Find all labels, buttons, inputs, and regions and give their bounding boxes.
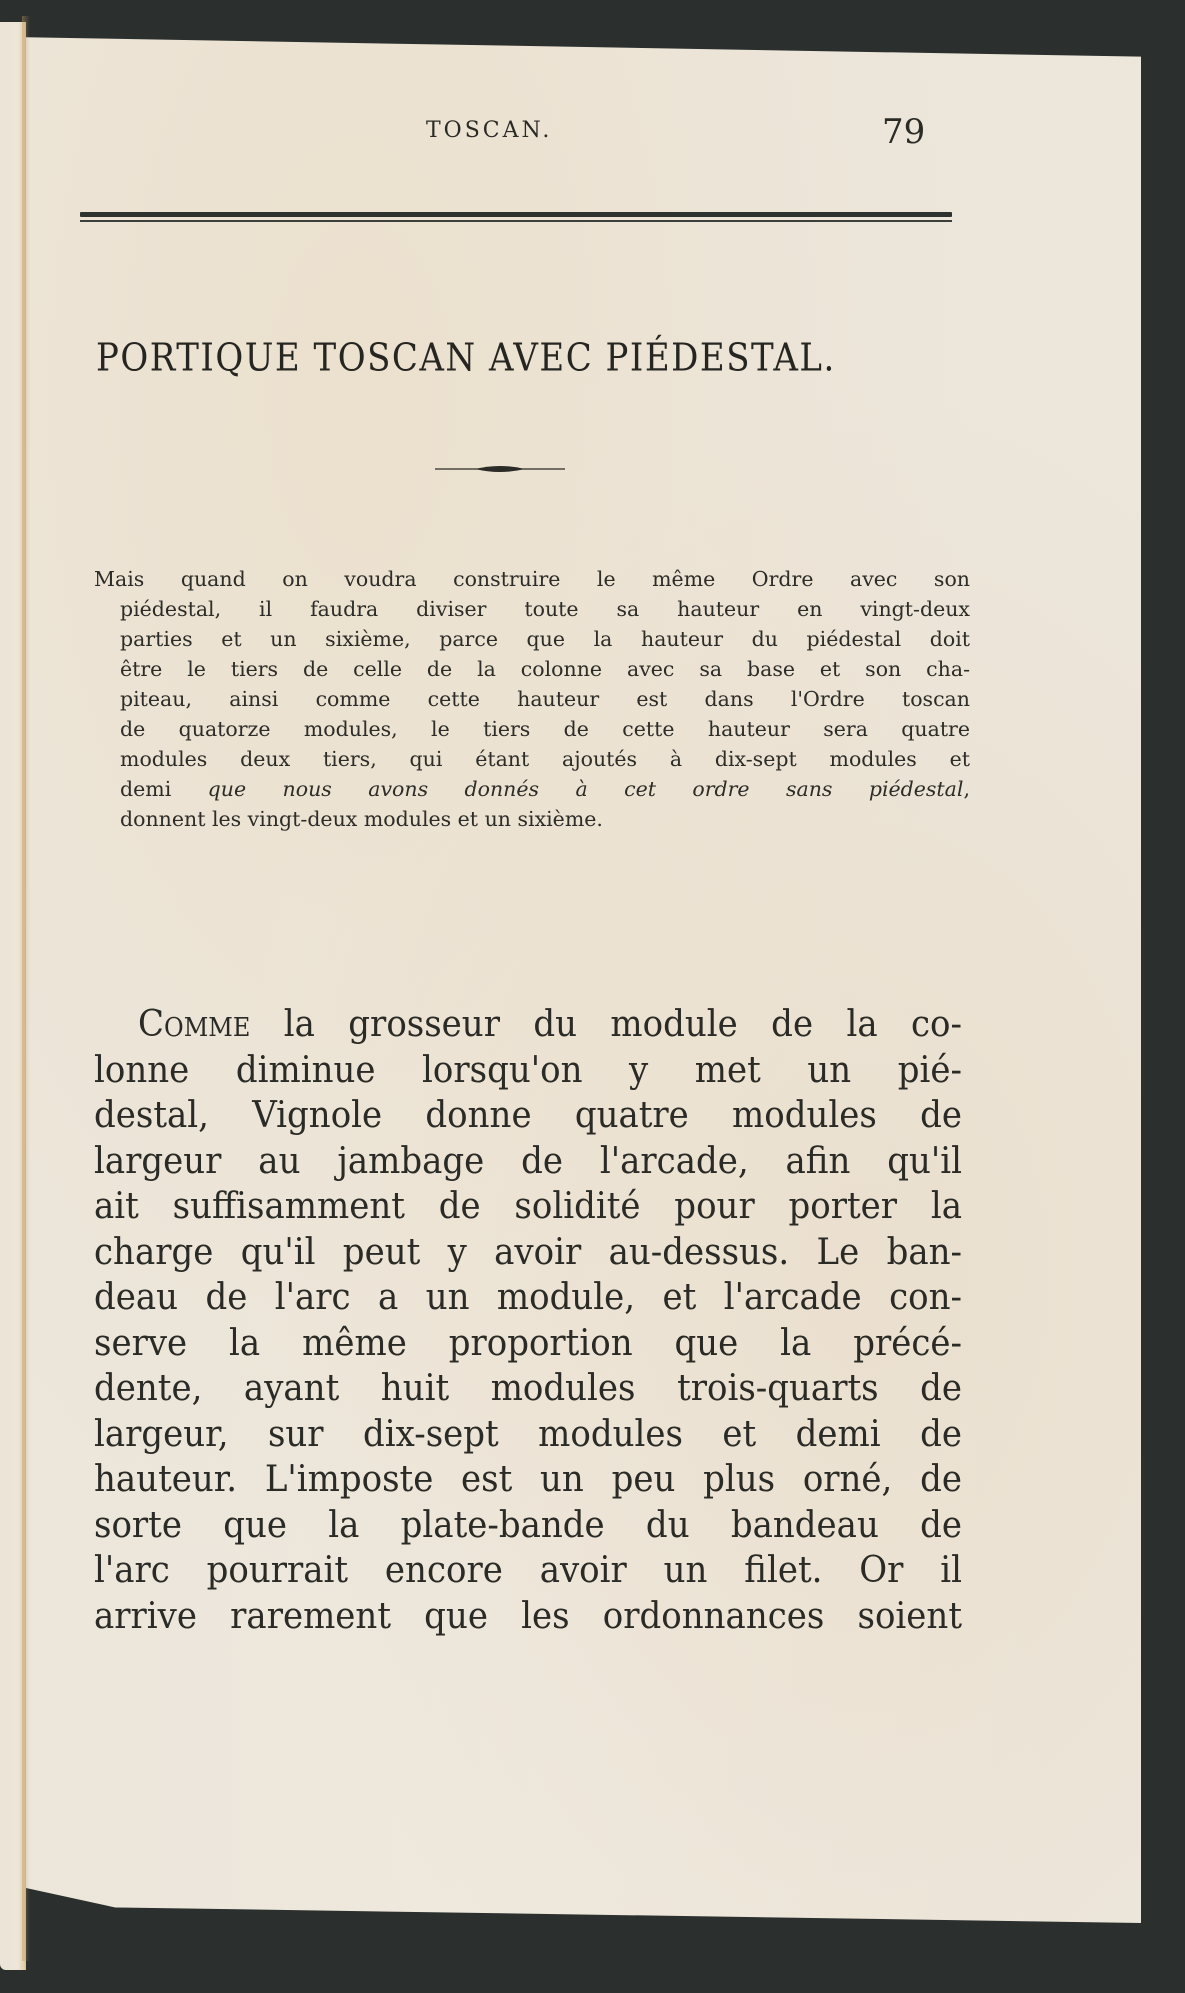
- body-line-first: Comme la grosseur du module de la co-: [94, 1000, 962, 1049]
- body-line: deau de l'arc a un module, et l'arcade c…: [94, 1273, 962, 1322]
- body-line: hauteur. L'imposte est un peu plus orné,…: [94, 1455, 962, 1504]
- summary-line: piteau, ainsi comme cette hauteur est da…: [94, 684, 970, 714]
- summary-line-mixed: demi que nous avons donnés à cet ordre s…: [94, 774, 970, 804]
- summary-line: piédestal, il faudra diviser toute sa ha…: [94, 594, 970, 624]
- running-head: TOSCAN. 79: [26, 114, 1141, 154]
- summary-roman-text: demi: [120, 777, 208, 801]
- summary-line: parties et un sixième, parce que la haut…: [94, 624, 970, 654]
- running-title: TOSCAN.: [426, 118, 552, 143]
- book-page: TOSCAN. 79 PORTIQUE TOSCAN AVEC PIÉDESTA…: [26, 14, 1141, 1954]
- rule-thick: [80, 212, 952, 217]
- page-content: TOSCAN. 79 PORTIQUE TOSCAN AVEC PIÉDESTA…: [26, 14, 1141, 1954]
- body-line: ait suffisamment de solidité pour porter…: [94, 1182, 962, 1231]
- body-line: arrive rarement que les ordonnances soie…: [94, 1592, 962, 1641]
- ornament-divider-icon: [435, 464, 565, 474]
- body-line: serve la même proportion que la précé-: [94, 1319, 962, 1368]
- page-number: 79: [882, 112, 925, 152]
- body-line: destal, Vignole donne quatre modules de: [94, 1091, 962, 1140]
- body-line: largeur au jambage de l'arcade, afin qu'…: [94, 1137, 962, 1186]
- summary-line: être le tiers de celle de la colonne ave…: [94, 654, 970, 684]
- body-paragraph: Comme la grosseur du module de la co- lo…: [94, 1002, 962, 1639]
- section-title: PORTIQUE TOSCAN AVEC PIÉDESTAL.: [96, 336, 956, 381]
- header-double-rule: [80, 212, 952, 222]
- body-line: charge qu'il peut y avoir au-dessus. Le …: [94, 1228, 962, 1277]
- drop-word: Comme: [138, 1002, 250, 1045]
- body-line: l'arc pourrait encore avoir un filet. Or…: [94, 1546, 962, 1595]
- summary-paragraph: Mais quand on voudra construire le même …: [94, 564, 970, 834]
- body-line: sorte que la plate-bande du bandeau de: [94, 1501, 962, 1550]
- summary-line: Mais quand on voudra construire le même …: [94, 564, 970, 594]
- body-line: lonne diminue lorsqu'on y met un pié-: [94, 1046, 962, 1095]
- spine-gutter: [22, 16, 30, 1961]
- rule-thin: [80, 220, 952, 222]
- summary-line: de quatorze modules, le tiers de cette h…: [94, 714, 970, 744]
- body-line: dente, ayant huit modules trois-quarts d…: [94, 1364, 962, 1413]
- body-line: largeur, sur dix-sept modules et demi de: [94, 1410, 962, 1459]
- summary-line-last: donnent les vingt-deux modules et un six…: [94, 804, 970, 834]
- first-line-rest: la grosseur du module de la co-: [250, 1002, 962, 1045]
- summary-line: modules deux tiers, qui étant ajoutés à …: [94, 744, 970, 774]
- summary-italic-text: que nous avons donnés à cet ordre sans p…: [208, 777, 964, 801]
- summary-punctuation: ,: [963, 777, 970, 801]
